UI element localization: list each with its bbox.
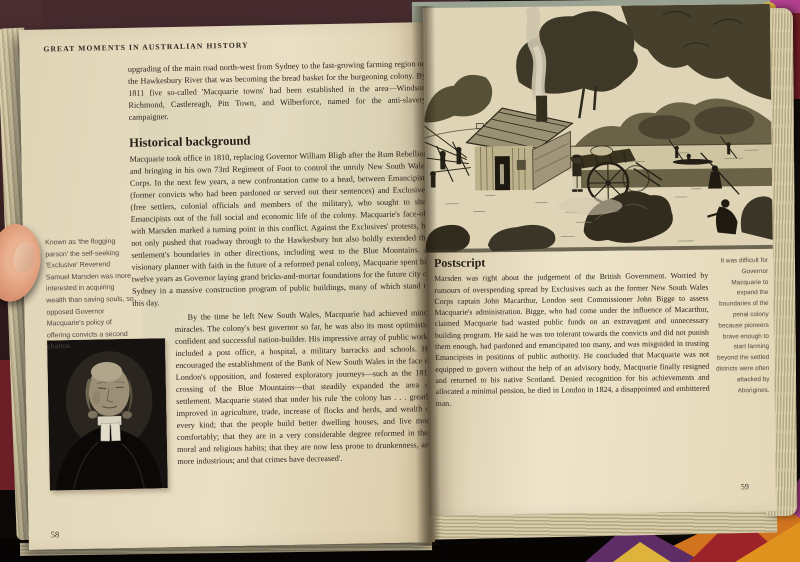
left-text-column: upgrading of the main road north-west fr…	[128, 58, 434, 493]
right-page: Postscript Marsden was right about the j…	[423, 4, 776, 515]
samuel-marsden-portrait-image	[47, 338, 168, 490]
postscript-column: Postscript Marsden was right about the j…	[434, 255, 710, 409]
historical-background-heading: Historical background	[129, 131, 427, 149]
left-margin-note: Known as 'the flogging parson' the self-…	[45, 236, 135, 354]
engraving-graphic	[423, 4, 773, 253]
left-page: GREAT MOMENTS IN AUSTRALIAN HISTORY upgr…	[19, 22, 435, 550]
history-paragraph-2: By the time he left New South Wales, Mac…	[132, 307, 433, 469]
history-paragraph-1: Macquarie took office in 1810, replacing…	[129, 148, 430, 310]
postscript-paragraph: Marsden was right about the judgement of…	[434, 270, 710, 409]
thumb-nail	[12, 241, 37, 274]
colonial-hut-engraving-image	[423, 4, 773, 253]
book-photograph: GREAT MOMENTS IN AUSTRALIAN HISTORY upgr…	[0, 0, 800, 562]
portrait-graphic	[47, 338, 168, 490]
postscript-heading: Postscript	[434, 255, 708, 270]
page-number-59: 59	[741, 482, 749, 491]
right-margin-note: It was difficult for Governor Macquarie …	[710, 256, 770, 397]
page-number-58: 58	[51, 529, 60, 539]
running-head: GREAT MOMENTS IN AUSTRALIAN HISTORY	[43, 41, 248, 54]
history-paragraph-2-block: By the time he left New South Wales, Mac…	[132, 307, 433, 469]
intro-paragraph: upgrading of the main road north-west fr…	[128, 58, 427, 124]
